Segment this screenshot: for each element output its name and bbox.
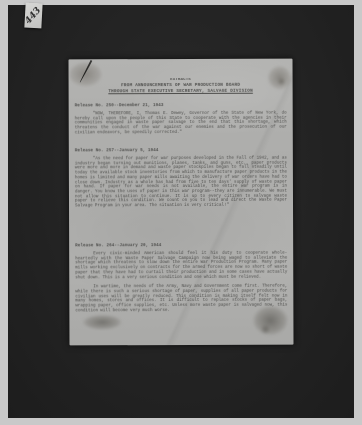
photo-stage: 443 EXTRACTS FROM ANNOUNCEMENTS OF WAR P…	[0, 0, 362, 425]
heading-line-3: THROUGH STATE EXECUTIVE SECRETARY, SALVA…	[69, 88, 293, 94]
mount-board: 443 EXTRACTS FROM ANNOUNCEMENTS OF WAR P…	[8, 5, 354, 418]
archive-label-tag: 443	[24, 3, 42, 29]
release-block-2: Release No. 257--January 5, 1944 "As the…	[75, 149, 287, 209]
release-paragraph: In wartime, the needs of the Army, Navy …	[75, 285, 287, 314]
document-paper: EXTRACTS FROM ANNOUNCEMENTS OF WAR PRODU…	[69, 59, 294, 346]
document-text-layer: EXTRACTS FROM ANNOUNCEMENTS OF WAR PRODU…	[69, 59, 294, 346]
release-block-3: Release No. 264--January 20, 1944 Every …	[75, 244, 287, 314]
release-paragraph: "NOW, THEREFORE, I, Thomas E. Dewey, Gov…	[75, 112, 287, 136]
archive-label-number: 443	[24, 5, 44, 26]
release-block-1: Release No. 250--December 21, 1943 "NOW,…	[75, 104, 287, 136]
release-header-3: Release No. 264--January 20, 1944	[75, 244, 287, 250]
release-header-2: Release No. 257--January 5, 1944	[75, 149, 287, 155]
document-heading: EXTRACTS FROM ANNOUNCEMENTS OF WAR PRODU…	[69, 78, 293, 95]
release-header-1: Release No. 250--December 21, 1943	[75, 104, 287, 110]
release-paragraph: "As the need for paper for war purposes …	[75, 157, 287, 209]
release-paragraph: Every civic-minded American should feel …	[75, 252, 287, 281]
